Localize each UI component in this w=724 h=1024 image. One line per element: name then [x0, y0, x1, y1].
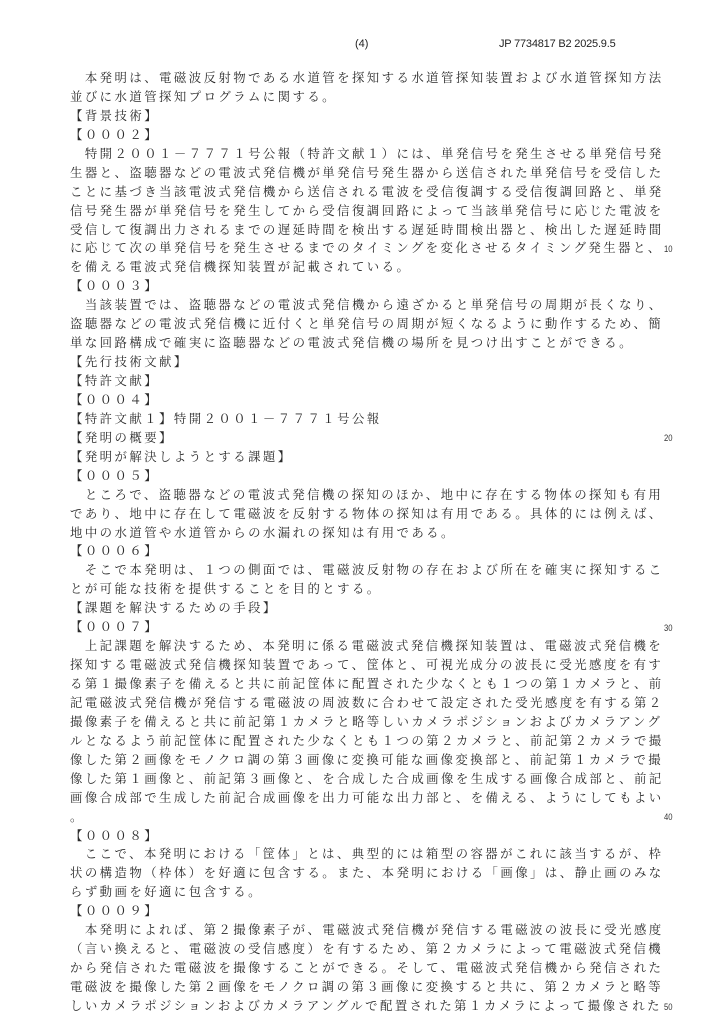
- text-line: そこで本発明は、１つの側面では、電磁波反射物の存在および所在を確実に探知するこ: [70, 561, 650, 580]
- text-line: 【課題を解決するための手段】: [70, 599, 650, 618]
- text-line: に応じて次の単発信号を発生させるまでのタイミングを変化させるタイミング発生器と、: [70, 239, 650, 258]
- text-line: であり、地中に存在して電磁波を反射する物体の探知は有用である。具体的には例えば、: [70, 505, 650, 524]
- document-body: 本発明は、電磁波反射物である水道管を探知する水道管探知装置および水道管探知方法並…: [70, 69, 650, 1016]
- text-line: から発信された電磁波を撮像することができる。そして、電磁波式発信機から発信された: [70, 959, 650, 978]
- text-line: 【０００３】: [70, 277, 650, 296]
- text-line: 【背景技術】: [70, 107, 650, 126]
- margin-line-number: 40: [664, 812, 673, 822]
- text-line: 【０００８】: [70, 827, 650, 846]
- text-line: ルとなるよう前記筐体に配置された少なくとも１つの第２カメラと、前記第２カメラで撮: [70, 732, 650, 751]
- margin-line-number: 10: [664, 244, 673, 254]
- text-line: 地中の水道管や水道管からの水漏れの探知は有用である。: [70, 524, 650, 543]
- text-line: らず動画を好適に包含する。: [70, 883, 650, 902]
- text-line: 受信して復調出力されるまでの遅延時間を検出する遅延時間検出器と、検出した遅延時間: [70, 221, 650, 240]
- patent-publication-id: JP 7734817 B2 2025.9.5: [499, 38, 616, 50]
- text-line: 生器と、盗聴器などの電波式発信機が単発信号発生器から送信された単発信号を受信した: [70, 164, 650, 183]
- text-line: 本発明は、電磁波反射物である水道管を探知する水道管探知装置および水道管探知方法: [70, 69, 650, 88]
- text-line: 【０００４】: [70, 391, 650, 410]
- text-line: 並びに水道管探知プログラムに関する。: [70, 88, 650, 107]
- text-line: 単な回路構成で確実に盗聴器などの電波式発信機の場所を見つけ出すことができる。: [70, 334, 650, 353]
- text-line: 【発明が解決しようとする課題】: [70, 448, 650, 467]
- text-line: 上記課題を解決するため、本発明に係る電磁波式発信機探知装置は、電磁波式発信機を: [70, 637, 650, 656]
- text-line: 。: [70, 808, 650, 827]
- text-line: 当該装置では、盗聴器などの電波式発信機から遠ざかると単発信号の周期が長くなり、: [70, 296, 650, 315]
- text-line: 【０００５】: [70, 467, 650, 486]
- text-line: 【０００２】: [70, 126, 650, 145]
- margin-line-number: 50: [664, 1002, 673, 1012]
- text-line: ところで、盗聴器などの電波式発信機の探知のほか、地中に存在する物体の探知も有用: [70, 486, 650, 505]
- text-line: 画像合成部で生成した前記合成画像を出力可能な出力部と、を備える、ようにしてもよい: [70, 789, 650, 808]
- text-line: 特開２００１－７７７１号公報（特許文献１）には、単発信号を発生させる単発信号発: [70, 145, 650, 164]
- text-line: 【先行技術文献】: [70, 353, 650, 372]
- text-line: ここで、本発明における「筐体」とは、典型的には箱型の容器がこれに該当するが、枠: [70, 845, 650, 864]
- text-line: 像した第１画像と、前記第３画像と、を合成した合成画像を生成する画像合成部と、前記: [70, 770, 650, 789]
- text-line: 【特許文献】: [70, 372, 650, 391]
- text-line: 【０００６】: [70, 542, 650, 561]
- margin-line-number: 30: [664, 623, 673, 633]
- margin-line-number: 20: [664, 433, 673, 443]
- text-line: ことに基づき当該電波式発信機から送信される電波を受信復調する受信復調回路と、単発: [70, 183, 650, 202]
- text-line: 【発明の概要】: [70, 429, 650, 448]
- text-line: 状の構造物（枠体）を好適に包含する。また、本発明における「画像」は、静止画のみな: [70, 864, 650, 883]
- text-line: 本発明によれば、第２撮像素子が、電磁波式発信機が発信する電磁波の波長に受光感度: [70, 921, 650, 940]
- text-line: （言い換えると、電磁波の受信感度）を有するため、第２カメラによって電磁波式発信機: [70, 940, 650, 959]
- page-number: (4): [355, 38, 368, 50]
- text-line: 記電磁波式発信機が発信する電磁波の周波数に合わせて設定された受光感度を有する第２: [70, 694, 650, 713]
- text-line: 像した第２画像をモノクロ調の第３画像に変換可能な画像変換部と、前記第１カメラで撮: [70, 751, 650, 770]
- text-line: しいカメラポジションおよびカメラアングルで配置された第１カメラによって撮像された: [70, 997, 650, 1016]
- text-line: とが可能な技術を提供することを目的とする。: [70, 580, 650, 599]
- text-line: 【０００７】: [70, 618, 650, 637]
- text-line: 【０００９】: [70, 902, 650, 921]
- text-line: る第１撮像素子を備えると共に前記筐体に配置された少なくとも１つの第１カメラと、前: [70, 675, 650, 694]
- text-line: 盗聴器などの電波式発信機に近付くと単発信号の周期が短くなるように動作するため、簡: [70, 315, 650, 334]
- text-line: 探知する電磁波式発信機探知装置であって、筐体と、可視光成分の波長に受光感度を有す: [70, 656, 650, 675]
- text-line: 電磁波を撮像した第２画像をモノクロ調の第３画像に変換すると共に、第２カメラと略等: [70, 978, 650, 997]
- text-line: 信号発生器が単発信号を発生してから受信復調回路によって当該単発信号に応じた電波を: [70, 202, 650, 221]
- text-line: 撮像素子を備えると共に前記第１カメラと略等しいカメラポジションおよびカメラアング: [70, 713, 650, 732]
- page-header: (4) JP 7734817 B2 2025.9.5: [0, 38, 724, 54]
- text-line: を備える電波式発信機探知装置が記載されている。: [70, 258, 650, 277]
- text-line: 【特許文献１】特開２００１－７７７１号公報: [70, 410, 650, 429]
